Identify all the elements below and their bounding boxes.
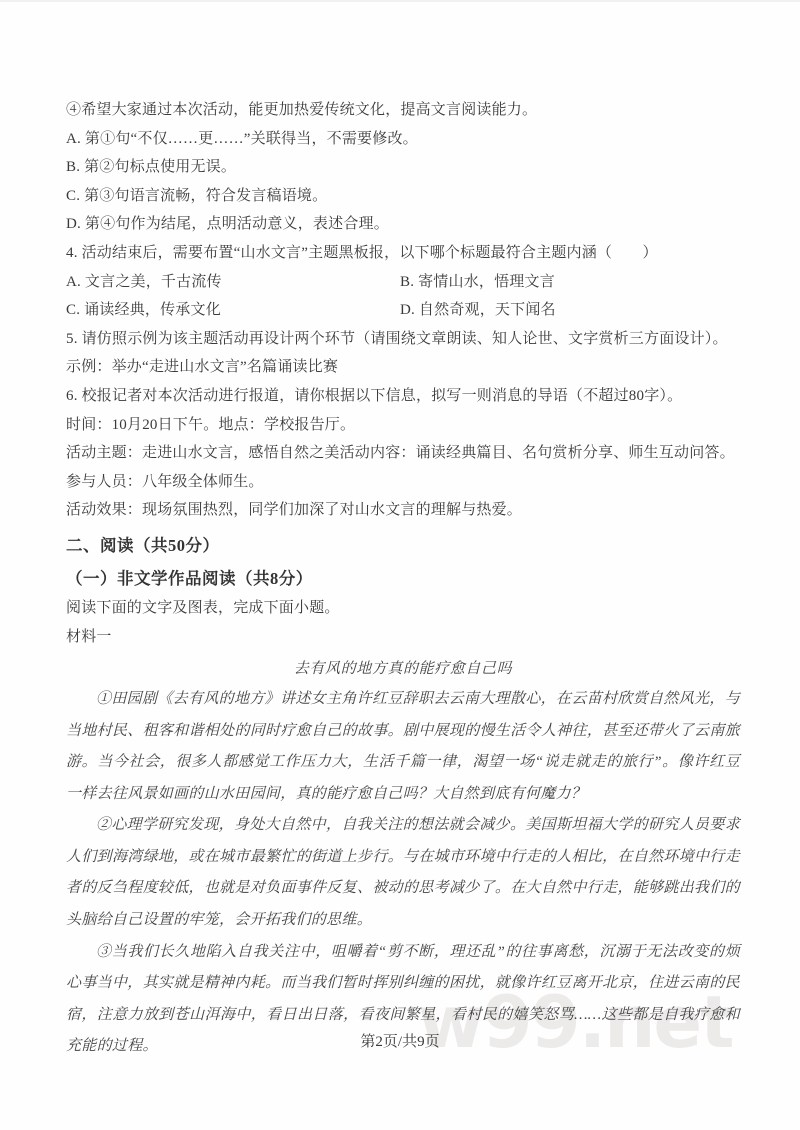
- q3-option-c: C. 第③句语言流畅，符合发言稿语境。: [66, 182, 740, 211]
- q4-option-c: C. 诵读经典，传承文化: [66, 296, 400, 325]
- q4-options-row-1: A. 文言之美，千古流传 B. 寄情山水，悟理文言: [66, 268, 740, 297]
- section-2-1-heading: （一）非文学作品阅读（共8分）: [66, 564, 740, 594]
- q5-example: 示例：举办“走进山水文言”名篇诵读比赛: [66, 353, 740, 382]
- q4-option-a: A. 文言之美，千古流传: [66, 268, 400, 297]
- q4-option-d: D. 自然奇观，天下闻名: [400, 296, 740, 325]
- article-paragraph-2: ②心理学研究发现，身处大自然中，自我关注的想法就会减少。美国斯坦福大学的研究人员…: [66, 810, 740, 936]
- q6-info-theme-content: 活动主题：走进山水文言，感悟自然之美活动内容：诵读经典篇目、名句赏析分享、师生互…: [66, 439, 740, 468]
- q6-info-time-place: 时间：10月20日下午。地点：学校报告厅。: [66, 411, 740, 440]
- q5-stem: 5. 请仿照示例为该主题活动再设计两个环节（请围绕文章朗读、知人论世、文字赏析三…: [66, 325, 740, 354]
- page-number-footer: 第2页/共9页: [0, 1028, 800, 1056]
- article-paragraph-1: ①田园剧《去有风的地方》讲述女主角许红豆辞职去云南大理散心，在云苗村欣赏自然风光…: [66, 684, 740, 810]
- q3-statement-4: ④希望大家通过本次活动，能更加热爱传统文化，提高文言阅读能力。: [66, 96, 740, 125]
- q3-option-d: D. 第④句作为结尾，点明活动意义，表述合理。: [66, 210, 740, 239]
- article-title: 去有风的地方真的能疗愈自己吗: [66, 654, 740, 684]
- q6-stem: 6. 校报记者对本次活动进行报道，请你根据以下信息，拟写一则消息的导语（不超过8…: [66, 382, 740, 411]
- q4-option-b: B. 寄情山水，悟理文言: [400, 268, 740, 297]
- q4-options-row-2: C. 诵读经典，传承文化 D. 自然奇观，天下闻名: [66, 296, 740, 325]
- q3-option-b: B. 第②句标点使用无误。: [66, 153, 740, 182]
- material-1-label: 材料一: [66, 623, 740, 652]
- exam-paper-page: w99.net ④希望大家通过本次活动，能更加热爱传统文化，提高文言阅读能力。 …: [0, 0, 800, 1130]
- q4-stem: 4. 活动结束后，需要布置“山水文言”主题黑板报，以下哪个标题最符合主题内涵（ …: [66, 239, 740, 268]
- page-content: ④希望大家通过本次活动，能更加热爱传统文化，提高文言阅读能力。 A. 第①句“不…: [0, 2, 800, 1063]
- reading-intro: 阅读下面的文字及图表，完成下面小题。: [66, 594, 740, 623]
- q6-info-effect: 活动效果：现场氛围热烈，同学们加深了对山水文言的理解与热爱。: [66, 496, 740, 525]
- q3-option-a: A. 第①句“不仅……更……”关联得当，不需要修改。: [66, 125, 740, 154]
- section-2-heading: 二、阅读（共50分）: [66, 531, 740, 561]
- q6-info-participants: 参与人员：八年级全体师生。: [66, 468, 740, 497]
